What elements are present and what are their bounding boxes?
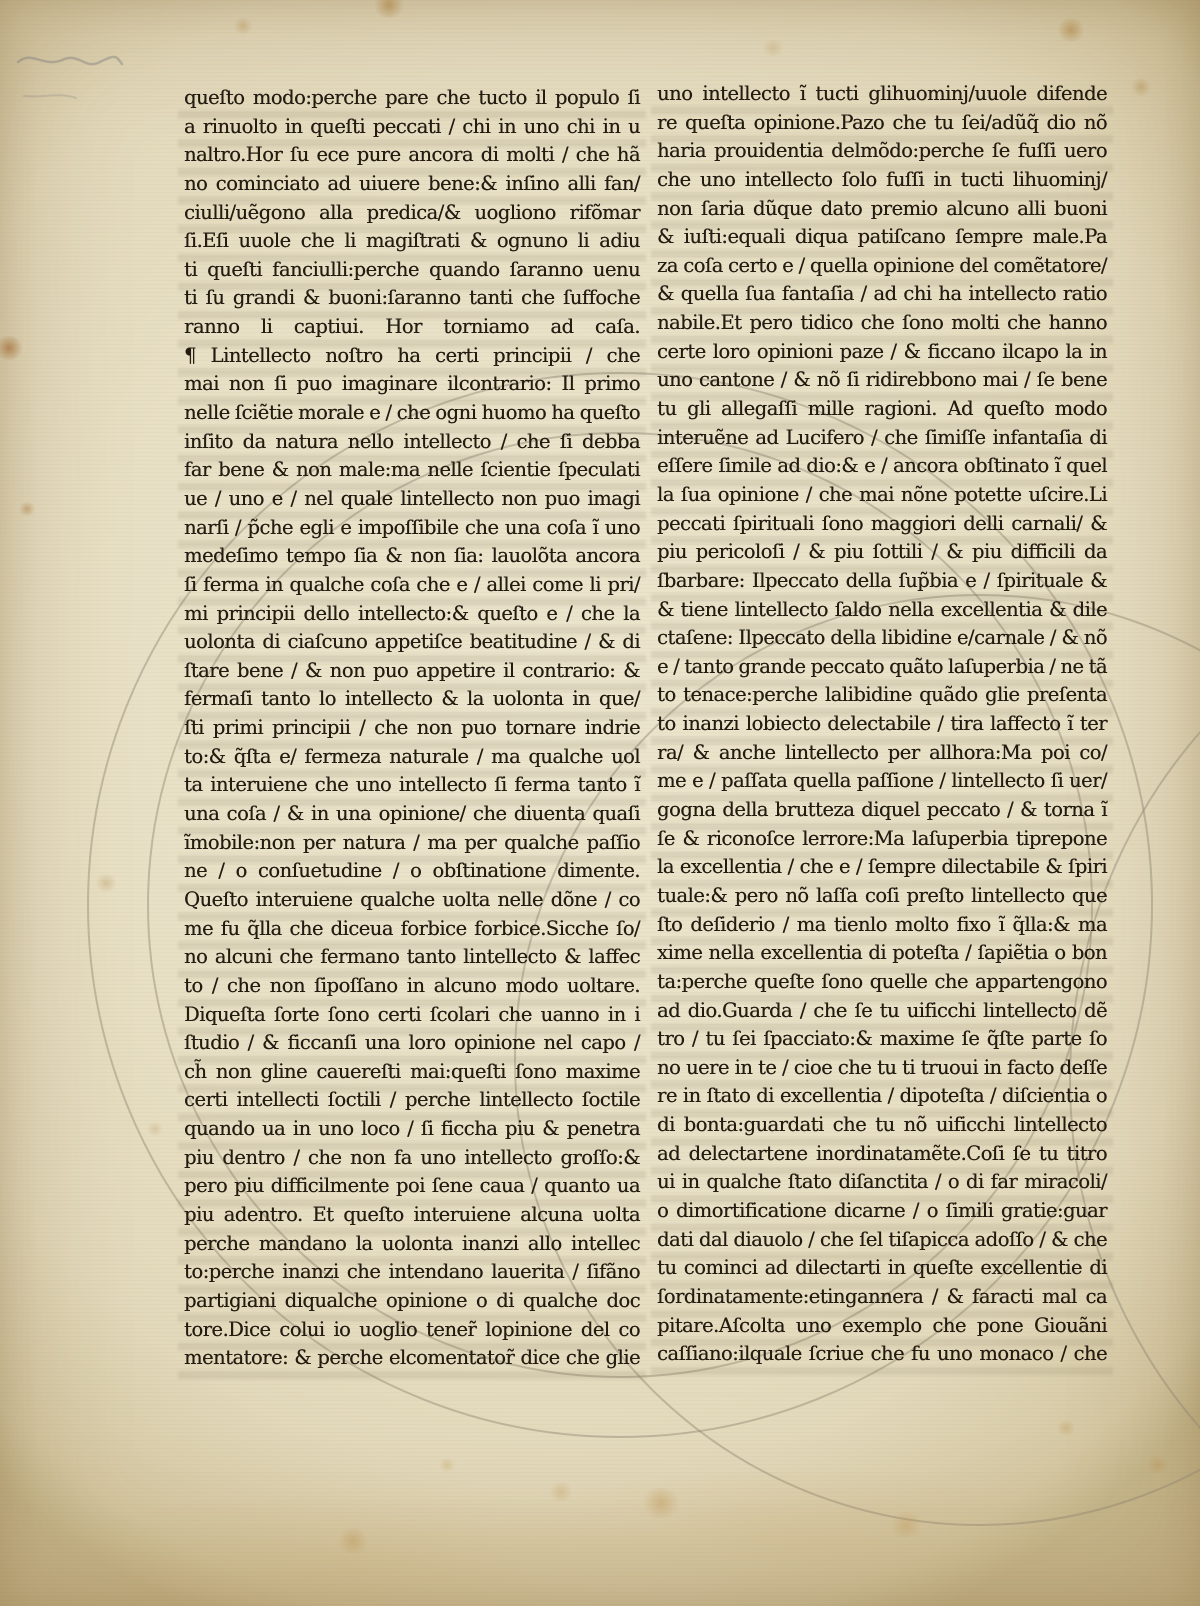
foxing-stain [1056, 1420, 1076, 1436]
text-line: no alcuni che fermano tanto lintellecto … [184, 943, 640, 972]
foxing-stain [372, 0, 406, 18]
text-line: inſito da natura nello intellecto / che … [184, 428, 640, 457]
text-line: ciulli/uẽgono alla predica/& uogliono ri… [184, 199, 640, 228]
text-line: ſto deſiderio / ma tienlo molto fixo ĩ q… [657, 911, 1107, 940]
text-line: ad delectartene inordinatamẽte.Coſi ſe t… [657, 1140, 1107, 1169]
foxing-stain [1056, 18, 1086, 42]
foxing-stain [640, 1488, 682, 1518]
text-line: ſe & riconoſce lerrore:Ma laſuperbia tip… [657, 825, 1107, 854]
text-line: peccati ſpirituali ſono maggiori delli c… [657, 510, 1107, 539]
text-line: nabile.Et pero tidico che ſono molti che… [657, 309, 1107, 338]
text-line: re queſta opinione.Pazo che tu ſei/adũq̃… [657, 109, 1107, 138]
text-line: no uere in te / cioe che tu ti truoui in… [657, 1054, 1107, 1083]
text-line: caſſiano:ilquale ſcriue che fu uno monac… [657, 1340, 1107, 1369]
text-line: fermaſi tanto lo intellecto & la uolonta… [184, 685, 640, 714]
text-line: uno cantone / & nõ ſi ridirebbono mai / … [657, 366, 1107, 395]
text-line: ſi ferma in qualche coſa che e / allei c… [184, 571, 640, 600]
text-line: ra/ & anche lintellecto per allhora:Ma p… [657, 739, 1107, 768]
text-line: una coſa / & in una opinione/ che diuent… [184, 800, 640, 829]
foxing-stain [438, 1458, 456, 1472]
text-line: piu dentro / che non fa uno intellecto g… [184, 1144, 640, 1173]
text-line: ti ſu grandi & buoni:ſaranno tanti che ſ… [184, 284, 640, 313]
foxing-stain [146, 1122, 164, 1136]
text-column-right: uno intellecto ĩ tucti glihuominj/uuole … [657, 80, 1107, 1369]
text-line: ta interuiene che uno intellecto ſi ferm… [184, 771, 640, 800]
foxing-stain [232, 18, 254, 34]
foxing-stain [888, 1512, 924, 1538]
text-line: queſto modo:perche pare che tucto il pop… [184, 84, 640, 113]
text-line: medeſimo tempo ſia & non ſia: lauolõta a… [184, 542, 640, 571]
text-line: ne / o conſuetudine / o obſtinatione dim… [184, 857, 640, 886]
text-line: ¶ Lintellecto noſtro ha certi principii … [184, 342, 640, 371]
text-line: mi principii dello intellecto:& queſto e… [184, 600, 640, 629]
scanned-incunable-page: queſto modo:perche pare che tucto il pop… [0, 0, 1200, 1606]
text-line: narſi / p̃che egli e impoſſibile che una… [184, 514, 640, 543]
text-line: far bene & non male:ma nelle ſcientie ſp… [184, 456, 640, 485]
text-line: pitare.Aſcolta uno exemplo che pone Giou… [657, 1312, 1107, 1341]
text-line: ch̃ non gline cauereſti mai:queſti ſono … [184, 1058, 640, 1087]
text-line: nelle ſciẽtie morale e / che ogni huomo … [184, 399, 640, 428]
text-line: & quella ſua fantaſia / ad chi ha intell… [657, 280, 1107, 309]
text-line: che uno intellecto ſolo fuſſi in tucti l… [657, 166, 1107, 195]
text-line: piu pericoloſi / & piu ſottili / & piu d… [657, 538, 1107, 567]
text-line: ſi.Eſi uuole che li magiſtrati & ognuno … [184, 227, 640, 256]
text-line: xime nella excellentia di poteſta / ſapi… [657, 939, 1107, 968]
text-line: tore.Dice colui io uoglio tener̃ lopinio… [184, 1316, 640, 1345]
text-line: ſordinatamente:etingannera / & faracti m… [657, 1283, 1107, 1312]
text-line: mai non ſi puo imaginare ilcontrario: Il… [184, 370, 640, 399]
text-line: gogna della brutteza diquel peccato / & … [657, 796, 1107, 825]
text-line: Diqueſta ſorte ſono certi ſcolari che ua… [184, 1001, 640, 1030]
text-line: me fu q̃lla che diceua forbice forbice.S… [184, 915, 640, 944]
text-line: Queſto interuiene qualche uolta nelle dõ… [184, 886, 640, 915]
text-line: eſſere ſimile ad dio:& e / ancora obſtin… [657, 452, 1107, 481]
text-line: za coſa certo e / quella opinione del co… [657, 252, 1107, 281]
text-line: o dimortificatione dicarne / o ſimili gr… [657, 1197, 1107, 1226]
text-line: mentatore: & perche elcomentator̃ dice c… [184, 1344, 640, 1373]
text-line: ad dio.Guarda / che ſe tu uificchi linte… [657, 997, 1107, 1026]
foxing-stain [18, 502, 36, 516]
bottom-mottling [0, 1430, 1200, 1606]
foxing-stain [94, 874, 118, 892]
text-line: certe loro opinioni paze / & ficcano ilc… [657, 338, 1107, 367]
text-line: tu cominci ad dilectarti in queſte excel… [657, 1254, 1107, 1283]
text-line: interuẽne ad Lucifero / che ſimiſſe infa… [657, 424, 1107, 453]
text-line: to inanzi lobiecto delectabile / tira la… [657, 710, 1107, 739]
foxing-stain [1130, 78, 1152, 96]
text-line: dati dal diauolo / che ſel tiſapicca ado… [657, 1226, 1107, 1255]
pencil-mark [18, 57, 122, 64]
text-line: tro / tu ſei ſpacciato:& maxime ſe q̃ſte… [657, 1025, 1107, 1054]
text-line: e / tanto grande peccato quãto laſuperbi… [657, 653, 1107, 682]
text-line: to tenace:perche lalibidine quãdo glie p… [657, 681, 1107, 710]
text-line: ſbarbare: Ilpeccato della ſup̃bia e / ſp… [657, 567, 1107, 596]
text-line: tu gli allegaſſi mille ragioni. Ad queſt… [657, 395, 1107, 424]
text-line: la excellentia / che e / ſempre dilectab… [657, 853, 1107, 882]
text-line: no cominciato ad uiuere bene:& inſino al… [184, 170, 640, 199]
text-line: naltro.Hor ſu ece pure ancora di molti /… [184, 141, 640, 170]
text-line: ſtare bene / & non puo appetire il contr… [184, 657, 640, 686]
pencil-mark-2 [24, 95, 76, 98]
text-line: quando ua in uno loco / ſi ficcha piu & … [184, 1115, 640, 1144]
text-line: re in ſtato di excellentia / dipoteſta /… [657, 1082, 1107, 1111]
text-line: piu adentro. Et queſto interuiene alcuna… [184, 1201, 640, 1230]
text-line: haria prouidentia delmõdo:perche ſe fuſſ… [657, 137, 1107, 166]
foxing-stain [760, 40, 786, 56]
text-line: la ſua opinione / che mai nõne potette u… [657, 481, 1107, 510]
text-line: partigiani diqualche opinione o di qualc… [184, 1287, 640, 1316]
text-line: ranno li captiui. Hor torniamo ad caſa. [184, 313, 640, 342]
text-line: ui in qualche ſtato diſanctita / o di fa… [657, 1168, 1107, 1197]
text-line: ta:perche queſte ſono quelle che apparte… [657, 968, 1107, 997]
foxing-stain [0, 336, 24, 360]
text-line: & tiene lintellecto ſaldo nella excellen… [657, 596, 1107, 625]
foxing-stain [336, 1528, 370, 1554]
text-line: tuale:& pero nõ laſſa coſi preſto lintel… [657, 882, 1107, 911]
text-column-left: queſto modo:perche pare che tucto il pop… [184, 84, 640, 1373]
text-line: ti queſti fanciulli:perche quando ſarann… [184, 256, 640, 285]
text-line: ue / uno e / nel quale lintellecto non p… [184, 485, 640, 514]
text-line: me e / paſſata quella paſſione / lintell… [657, 767, 1107, 796]
text-line: perche mandano la uolonta inanzi allo in… [184, 1230, 640, 1259]
text-line: certi intellecti ſoctili / perche lintel… [184, 1086, 640, 1115]
text-line: & iuſti:equali diqua patiſcano ſempre ma… [657, 223, 1107, 252]
text-line: to / che non ſipoſſano in alcuno modo uo… [184, 972, 640, 1001]
text-line: to:& q̃ſta e/ fermeza naturale / ma qual… [184, 743, 640, 772]
text-line: a rinuolto in queſti peccati / chi in un… [184, 113, 640, 142]
foxing-stain [1146, 1456, 1170, 1474]
text-line: ſti primi principii / che non puo tornar… [184, 714, 640, 743]
text-line: ctaſene: Ilpeccato della libidine e/carn… [657, 624, 1107, 653]
text-line: non ſaria dũque dato premio alcuno alli … [657, 195, 1107, 224]
text-line: uno intellecto ĩ tucti glihuominj/uuole … [657, 80, 1107, 109]
text-line: uolonta di ciaſcuno appetiſce beatitudin… [184, 628, 640, 657]
text-line: di bonta:guardati che tu nõ uificchi lin… [657, 1111, 1107, 1140]
text-line: ſtudio / & ficcanſi una loro opinione ne… [184, 1029, 640, 1058]
text-line: pero piu difficilmente poi ſene caua / q… [184, 1172, 640, 1201]
text-line: to:perche inanzi che intendano lauerita … [184, 1258, 640, 1287]
foxing-stain [548, 1482, 574, 1502]
text-line: ĩmobile:non per natura / ma per qualche … [184, 829, 640, 858]
